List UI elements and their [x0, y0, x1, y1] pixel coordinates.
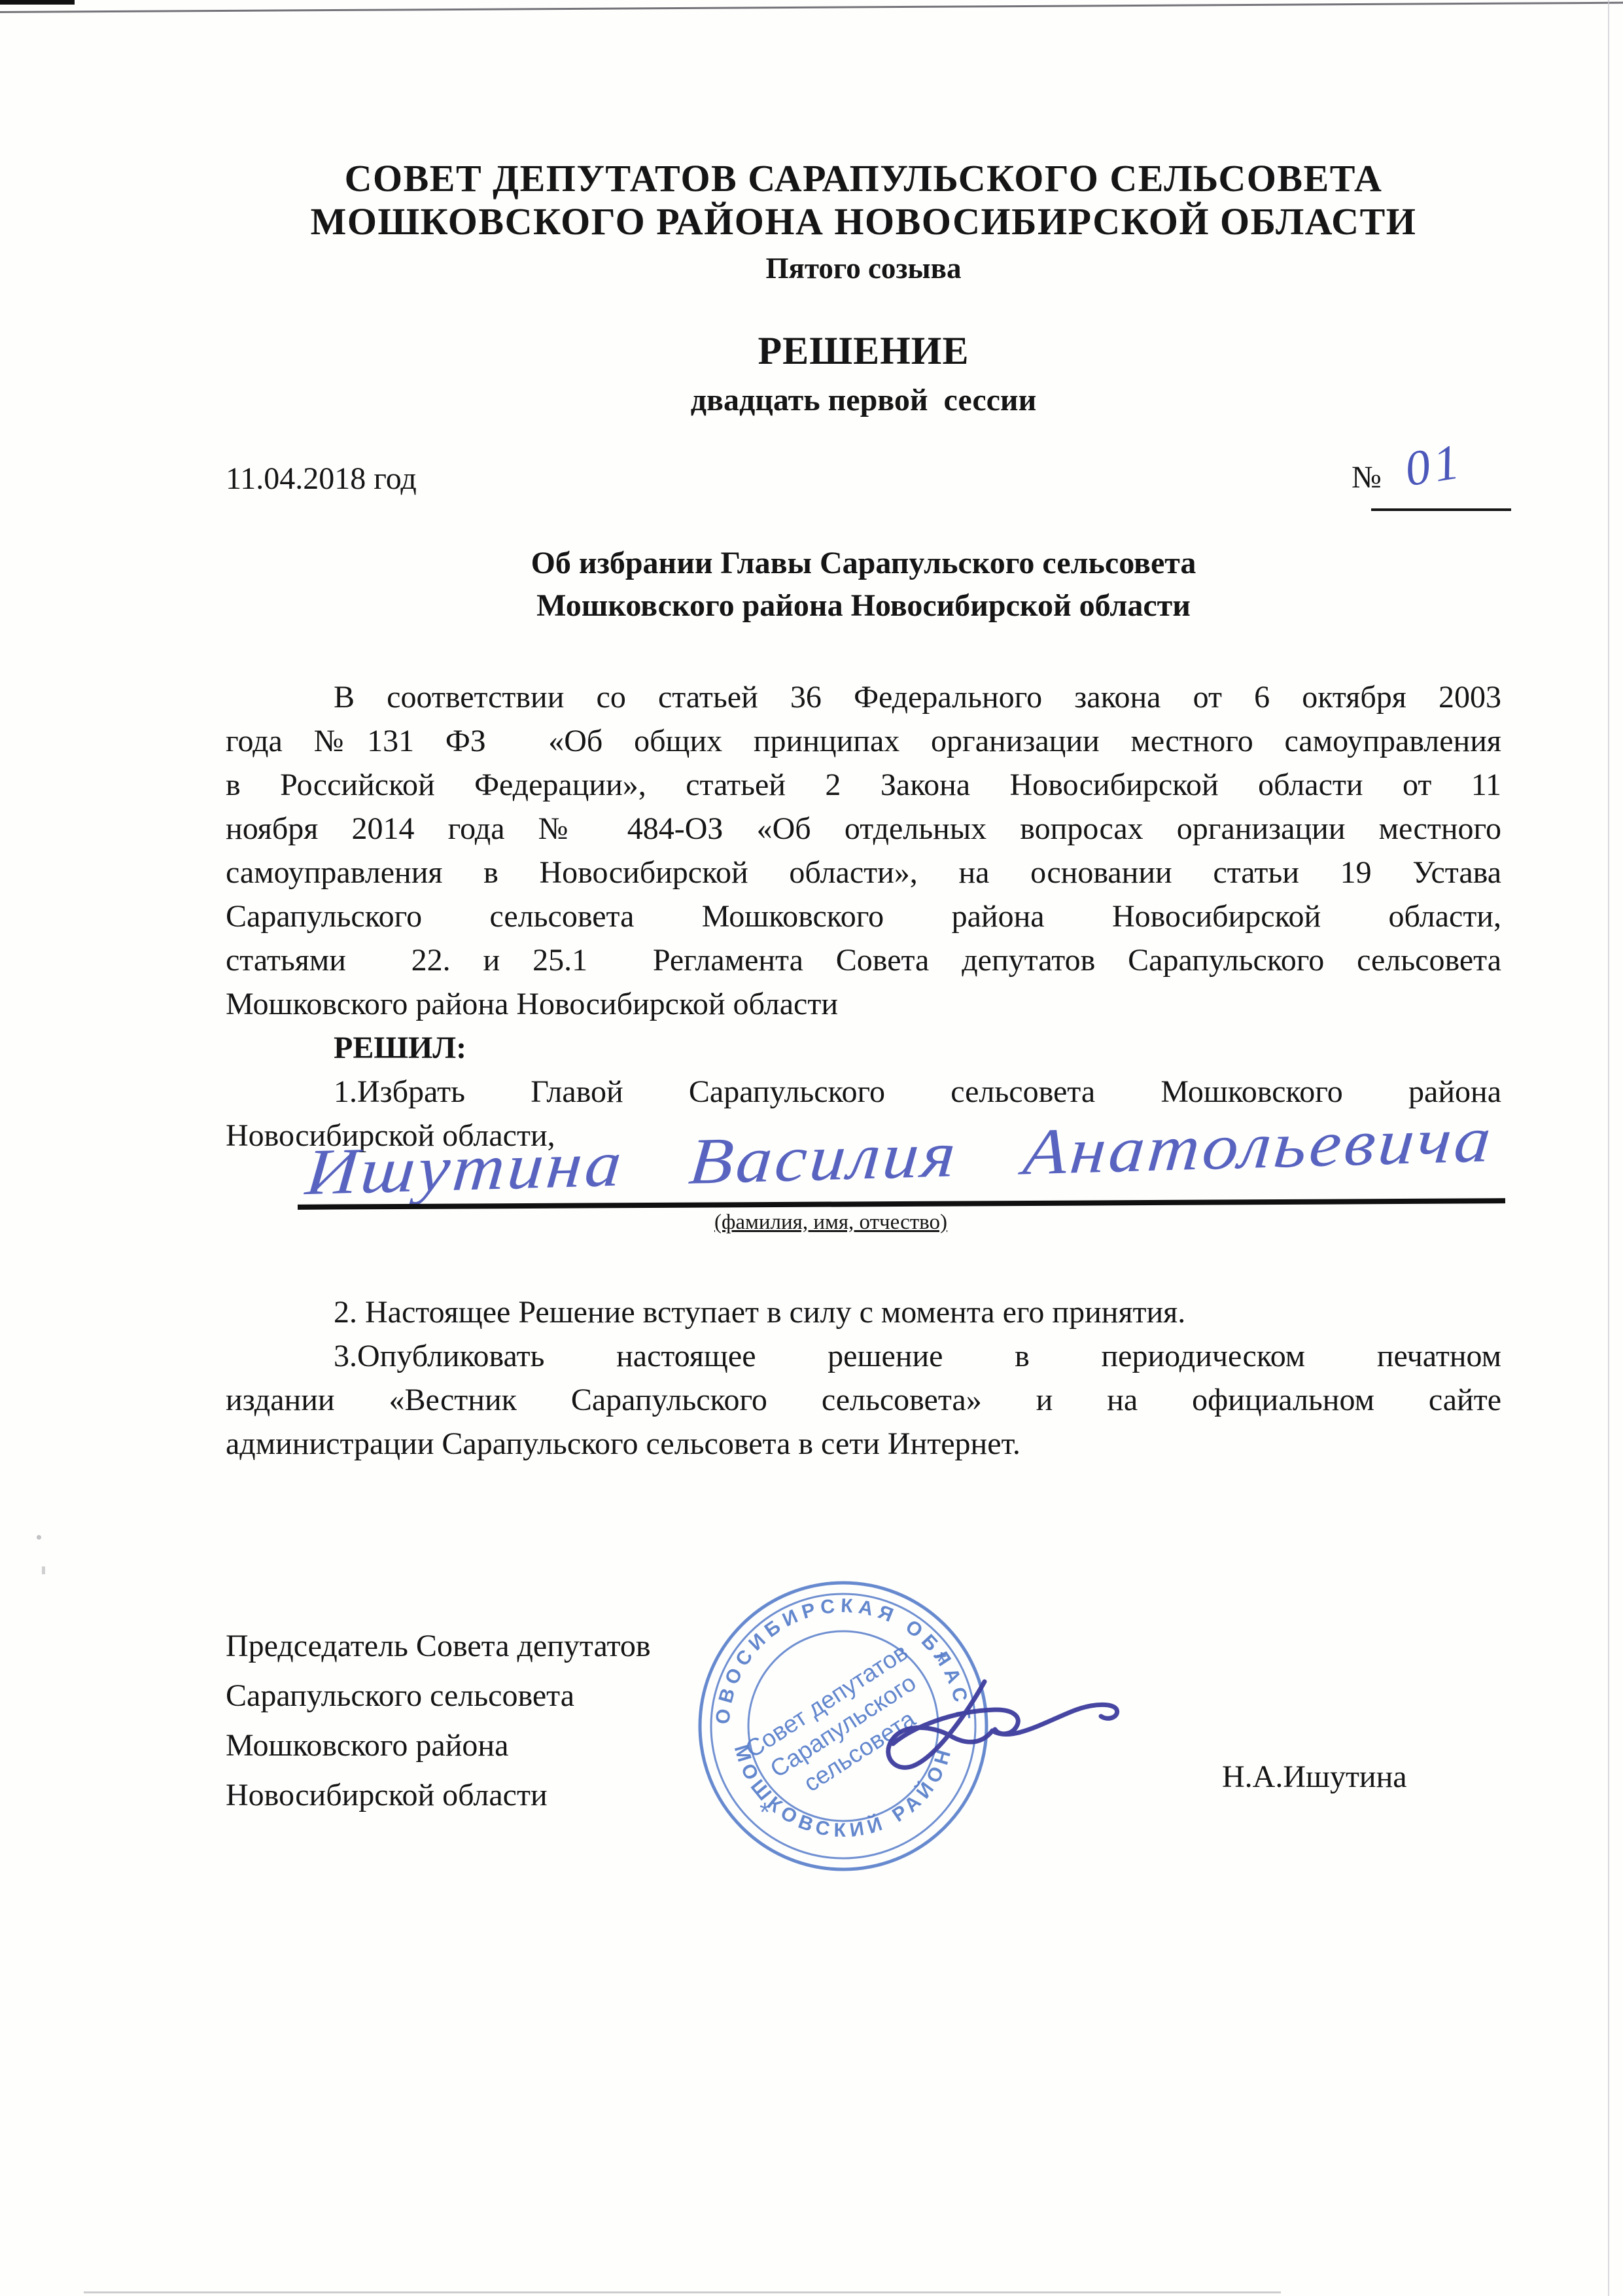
signer-title-line: Председатель Совета депутатов [226, 1621, 651, 1671]
scan-speck [42, 1566, 45, 1574]
signer-title-block: Председатель Совета депутатов Сарапульск… [226, 1621, 651, 1820]
handwritten-document-number: 01 [1401, 433, 1467, 499]
resolution-items: 2. Настоящее Решение вступает в силу с м… [226, 1290, 1501, 1466]
scan-edge-line-right [1608, 0, 1609, 2296]
item3-line: 3.Опубликовать настоящее решение в перио… [226, 1334, 1501, 1378]
scan-edge-line-top [0, 2, 1623, 13]
preamble-line: ноября 2014 года № 484-ОЗ «Об отдельных … [226, 807, 1501, 851]
session-line: двадцать первой сессии [226, 382, 1501, 418]
signer-name: Н.А.Ишутина [1222, 1759, 1407, 1795]
preamble-line: года №131 ФЗ «Об общих принципах организ… [226, 719, 1501, 763]
preamble-line: статьями 22. и 25.1 Регламента Совета де… [226, 938, 1501, 982]
name-caption: (фамилия, имя, отчество) [680, 1210, 981, 1235]
org-name-line1: СОВЕТ ДЕПУТАТОВ САРАПУЛЬСКОГО СЕЛЬСОВЕТА [226, 157, 1501, 200]
signature-stroke [888, 1682, 992, 1767]
preamble-line: В соответствии со статьей 36 Федеральног… [226, 675, 1501, 719]
document-date: 11.04.2018 год [226, 461, 417, 497]
stamp-star-left: * [759, 1797, 770, 1828]
preamble-line: в Российской Федерации», статьей 2 Закон… [226, 763, 1501, 807]
scanned-document-page: СОВЕТ ДЕПУТАТОВ САРАПУЛЬСКОГО СЕЛЬСОВЕТА… [0, 0, 1623, 2296]
handwritten-signature [847, 1665, 1148, 1806]
document-type-title: РЕШЕНИЕ [226, 328, 1501, 374]
number-sign: № [1352, 459, 1382, 495]
number-underline [1371, 508, 1511, 511]
preamble-paragraph: В соответствии со статьей 36 Федеральног… [226, 675, 1501, 1157]
preamble-line: Мошковского района Новосибирской области [226, 982, 1501, 1026]
signature-graphic [847, 1665, 1148, 1806]
item3-line: издании «Вестник Сарапульского сельсовет… [226, 1378, 1501, 1422]
preamble-line: самоуправления в Новосибирской области»,… [226, 851, 1501, 894]
signer-title-line: Сарапульского сельсовета [226, 1671, 651, 1721]
convocation-line: Пятого созыва [226, 251, 1501, 285]
scan-speck [37, 1535, 41, 1540]
scan-edge-line-bottom [84, 2291, 1281, 2293]
signer-title-line: Мошковского района [226, 1721, 651, 1771]
decided-label: РЕШИЛ: [226, 1026, 1501, 1070]
subject-line1: Об избрании Главы Сарапульского сельсове… [226, 542, 1501, 584]
scan-edge-artifact-top-left [0, 0, 75, 5]
item3-line: администрации Сарапульского сельсовета в… [226, 1422, 1501, 1466]
item2-line: 2. Настоящее Решение вступает в силу с м… [226, 1290, 1501, 1334]
org-name-line2: МОШКОВСКОГО РАЙОНА НОВОСИБИРСКОЙ ОБЛАСТИ [226, 200, 1501, 243]
subject-line2: Мошковского района Новосибирской области [226, 584, 1501, 627]
signer-title-line: Новосибирской области [226, 1771, 651, 1820]
preamble-line: Сарапульского сельсовета Мошковского рай… [226, 894, 1501, 938]
